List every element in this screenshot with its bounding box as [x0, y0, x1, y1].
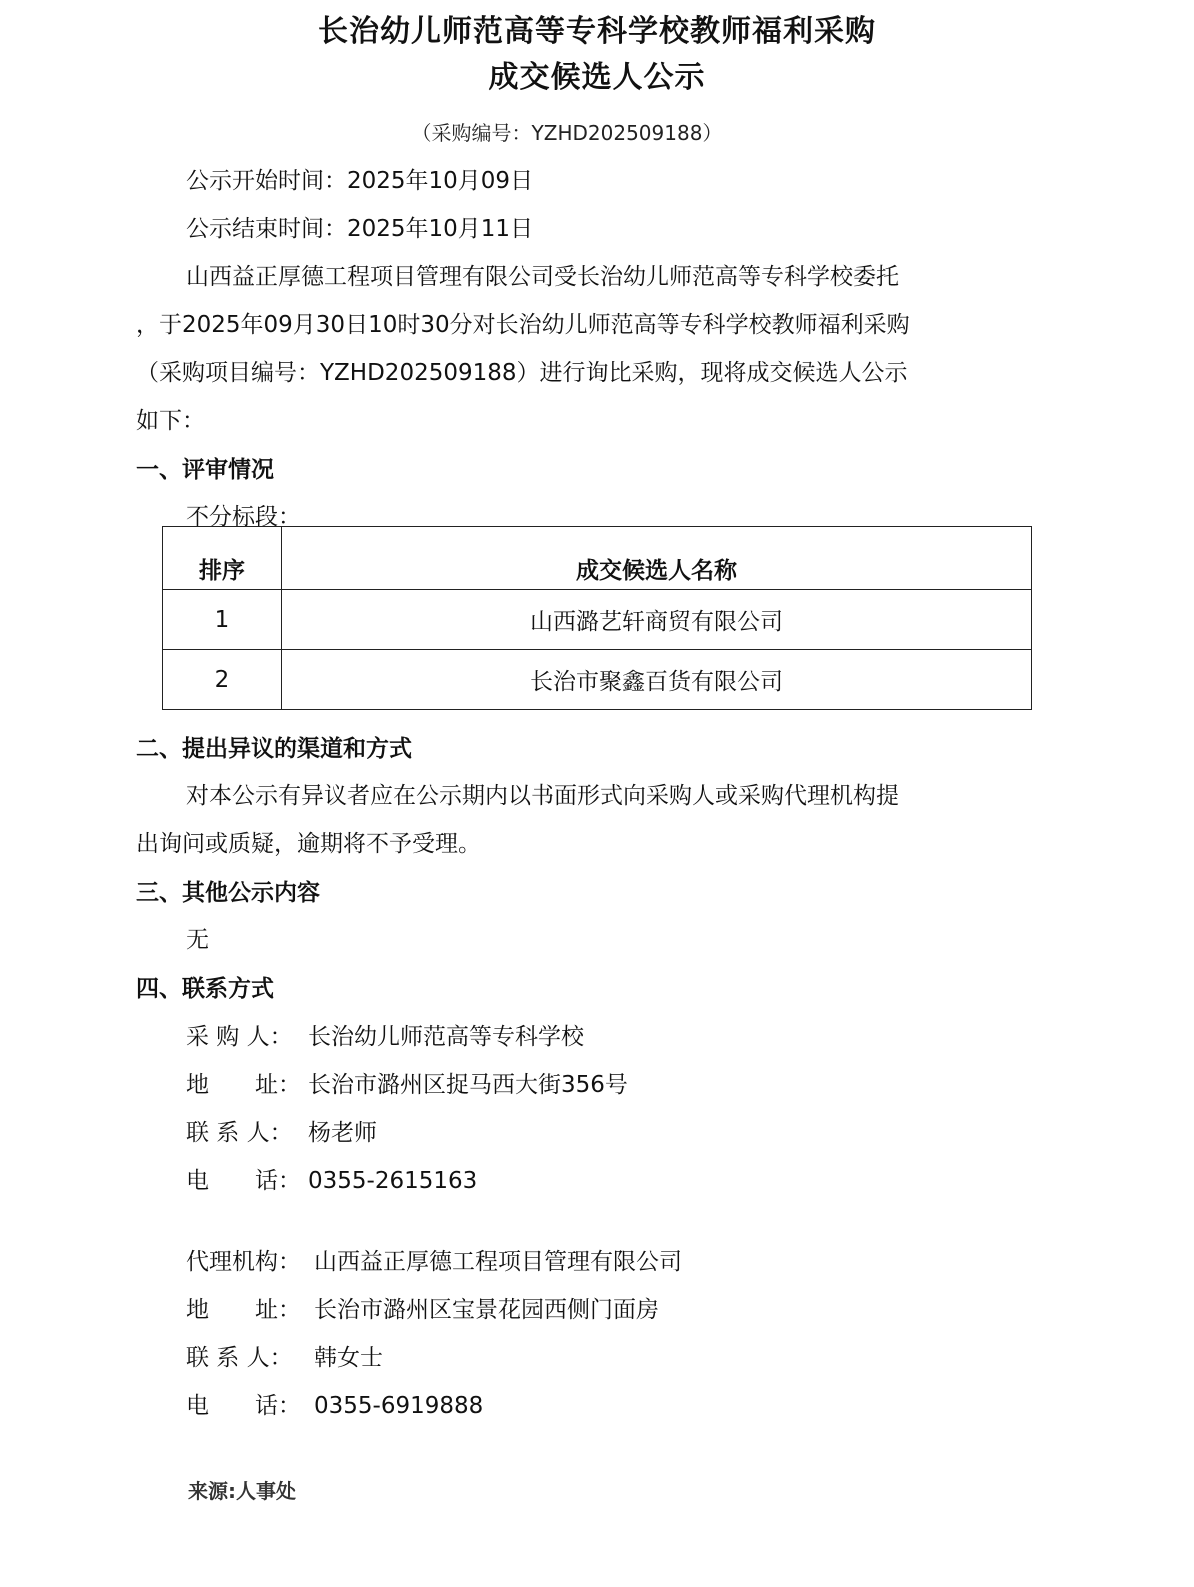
source-note: 来源:人事处 [188, 1475, 296, 1504]
purchaser-address-row: 地 址：长治市潞州区捉马西大街356号 [186, 1066, 628, 1099]
intro-line: 山西益正厚德工程项目管理有限公司受长治幼儿师范高等专科学校委托 [186, 258, 899, 291]
publicity-end-time: 公示结束时间：2025年10月11日 [186, 210, 533, 243]
agency-contact-row: 联 系 人：韩女士 [186, 1339, 383, 1372]
column-header-candidate-name: 成交候选人名称 [282, 527, 1032, 590]
objection-line: 出询问或质疑，逾期将不予受理。 [136, 825, 481, 858]
agency-address: 长治市潞州区宝景花园西侧门面房 [314, 1297, 659, 1323]
section-heading-other: 三、其他公示内容 [136, 874, 320, 907]
purchaser-address: 长治市潞州区捉马西大街356号 [308, 1072, 628, 1098]
intro-line: 如下： [136, 402, 205, 435]
table-row: 1 山西潞艺轩商贸有限公司 [163, 590, 1032, 650]
section-heading-contact: 四、联系方式 [136, 970, 274, 1003]
table-row: 2 长治市聚鑫百货有限公司 [163, 650, 1032, 710]
publicity-start-time: 公示开始时间：2025年10月09日 [186, 162, 533, 195]
purchaser-address-label: 地 址： [186, 1066, 308, 1099]
cell-candidate-name: 山西潞艺轩商贸有限公司 [282, 590, 1032, 650]
agency-name: 山西益正厚德工程项目管理有限公司 [314, 1249, 682, 1275]
intro-line: ，于2025年09月30日10时30分对长治幼儿师范高等专科学校教师福利采购 [136, 306, 910, 339]
purchaser-contact-row: 联 系 人：杨老师 [186, 1114, 377, 1147]
agency-contact-label: 联 系 人： [186, 1339, 314, 1372]
agency-contact: 韩女士 [314, 1345, 383, 1371]
purchaser-phone-row: 电 话：0355-2615163 [186, 1162, 477, 1195]
purchaser-phone: 0355-2615163 [308, 1168, 477, 1194]
document-title-line2: 成交候选人公示 [0, 52, 1194, 96]
other-content: 无 [186, 921, 209, 954]
candidate-table: 排序 成交候选人名称 1 山西潞艺轩商贸有限公司 2 长治市聚鑫百货有限公司 [162, 526, 1032, 710]
agency-name-row: 代理机构：山西益正厚德工程项目管理有限公司 [186, 1243, 682, 1276]
section-heading-review: 一、评审情况 [136, 451, 274, 484]
agency-name-label: 代理机构： [186, 1243, 314, 1276]
procurement-number: （采购编号：YZHD202509188） [0, 117, 1134, 146]
cell-rank: 2 [163, 650, 282, 710]
purchaser-name: 长治幼儿师范高等专科学校 [308, 1024, 584, 1050]
intro-line: （采购项目编号：YZHD202509188）进行询比采购，现将成交候选人公示 [136, 354, 908, 387]
agency-address-label: 地 址： [186, 1291, 314, 1324]
agency-phone-row: 电 话：0355-6919888 [186, 1387, 483, 1420]
purchaser-phone-label: 电 话： [186, 1162, 308, 1195]
agency-phone: 0355-6919888 [314, 1393, 483, 1419]
agency-phone-label: 电 话： [186, 1387, 314, 1420]
document-title-line1: 长治幼儿师范高等专科学校教师福利采购 [0, 6, 1194, 50]
purchaser-contact-label: 联 系 人： [186, 1114, 308, 1147]
table-header-row: 排序 成交候选人名称 [163, 527, 1032, 590]
purchaser-name-label: 采 购 人： [186, 1018, 308, 1051]
cell-rank: 1 [163, 590, 282, 650]
purchaser-contact: 杨老师 [308, 1120, 377, 1146]
purchaser-name-row: 采 购 人：长治幼儿师范高等专科学校 [186, 1018, 584, 1051]
column-header-rank: 排序 [163, 527, 282, 590]
agency-address-row: 地 址：长治市潞州区宝景花园西侧门面房 [186, 1291, 659, 1324]
cell-candidate-name: 长治市聚鑫百货有限公司 [282, 650, 1032, 710]
objection-line: 对本公示有异议者应在公示期内以书面形式向采购人或采购代理机构提 [186, 777, 899, 810]
section-heading-objection: 二、提出异议的渠道和方式 [136, 730, 412, 763]
